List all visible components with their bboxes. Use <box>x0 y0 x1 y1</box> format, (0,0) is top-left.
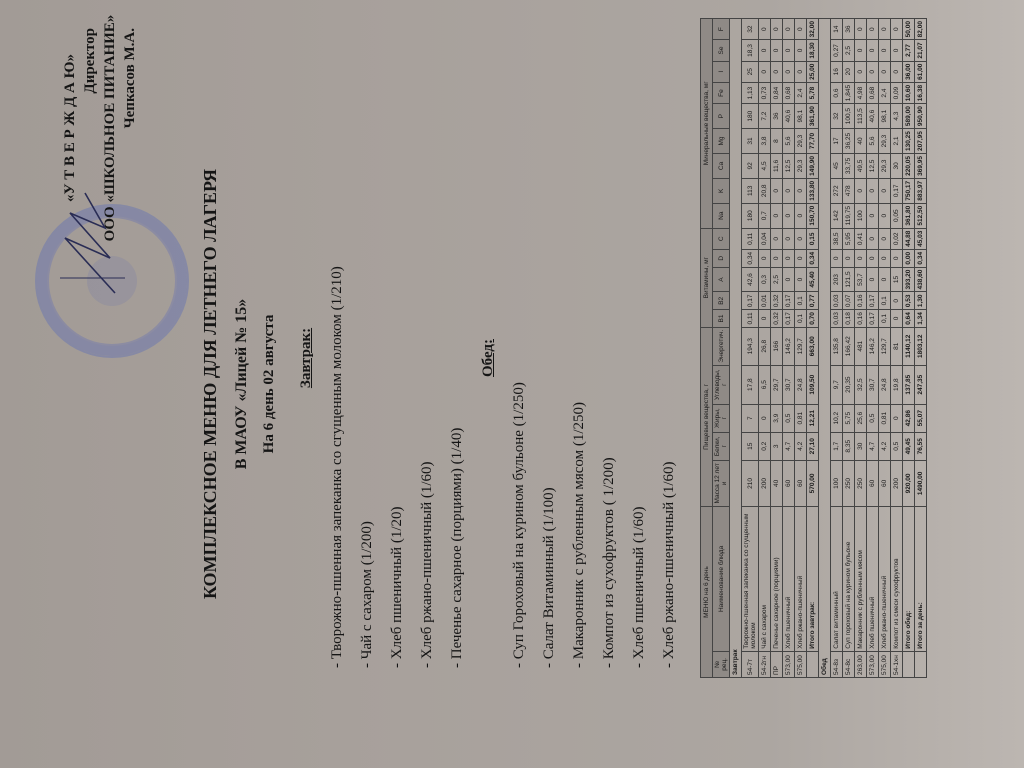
table-cell: 1803,12 <box>915 327 927 365</box>
table-cell: 32 <box>831 104 843 129</box>
lunch-item: - Хлеб пшеничный (1/60) <box>624 48 654 668</box>
table-cell: 50,00 <box>903 19 915 40</box>
table-cell: 109,50 <box>807 365 819 404</box>
table-cell: 92 <box>742 153 759 178</box>
dish-name: Компот из смеси сухофруктов <box>891 507 903 652</box>
table-cell: 18,3 <box>742 40 759 61</box>
dish-name: Хлеб ржано-пшеничный <box>795 507 807 652</box>
menu-list: Завтрак: - Творожно-пшенная запеканка со… <box>290 48 684 668</box>
lunch-heading: Обед: <box>476 48 500 668</box>
table-cell: 0 <box>879 178 891 203</box>
table-cell: 0,41 <box>855 228 867 249</box>
table-cell: 0,07 <box>843 292 855 310</box>
table-cell: 0 <box>879 249 891 267</box>
header-nutrient-col: Mg <box>713 129 730 154</box>
table-cell: 0 <box>891 404 903 432</box>
table-row: 573,00Хлеб пшеничный604,70,530,7146,20,1… <box>867 19 879 678</box>
lunch-item: - Суп Гороховый на курином бульоне (1/25… <box>504 48 534 668</box>
approval-header: «У Т В Е Р Ж Д А Ю» <box>60 8 80 248</box>
table-cell: 0 <box>771 40 783 61</box>
table-cell: 0 <box>891 40 903 61</box>
table-cell: 5,6 <box>783 129 795 154</box>
table-cell: 0,1 <box>795 310 807 328</box>
table-cell: 0 <box>771 249 783 267</box>
recipe-number: 54-8з <box>831 651 843 677</box>
table-cell: 0,03 <box>831 310 843 328</box>
table-cell: 0,27 <box>831 40 843 61</box>
table-cell: 512,50 <box>915 203 927 228</box>
table-cell: 24,8 <box>879 365 891 404</box>
table-cell: 0 <box>783 249 795 267</box>
table-cell: 150,70 <box>807 203 819 228</box>
table-cell: 369,95 <box>915 153 927 178</box>
dish-name: Печенье сахарное (порциями) <box>771 507 783 652</box>
table-cell: 0,17 <box>783 310 795 328</box>
table-cell: 0 <box>783 267 795 292</box>
table-cell: 49,45 <box>903 432 915 460</box>
table-cell: 1,34 <box>915 310 927 328</box>
header-protein: Белки, г <box>713 432 730 460</box>
recipe-number: 575,00 <box>795 651 807 677</box>
table-cell: 98,1 <box>879 104 891 129</box>
table-cell: 0 <box>771 178 783 203</box>
breakfast-item: - Печенье сахарное (порциями) (1/40) <box>442 48 472 668</box>
table-cell: 0 <box>795 178 807 203</box>
table-cell: 0 <box>795 267 807 292</box>
table-cell: 0,34 <box>915 249 927 267</box>
recipe-number: 573,00 <box>783 651 795 677</box>
table-header-row: № рец. Наименование блюда Масса 12 лет и… <box>713 19 730 678</box>
table-cell: 950,90 <box>915 104 927 129</box>
table-cell: 61,00 <box>915 61 927 82</box>
table-cell: 5,75 <box>843 404 855 432</box>
table-cell: 203 <box>831 267 843 292</box>
title-line-2: В МАОУ «Лицей № 15» <box>233 0 251 768</box>
title-line-3: На 6 день 02 августа <box>261 0 278 768</box>
table-cell: 30 <box>891 153 903 178</box>
dish-name: Хлеб пшеничный <box>783 507 795 652</box>
table-cell: 137,85 <box>903 365 915 404</box>
breakfast-item: - Чай с сахаром (1/200) <box>352 48 382 668</box>
table-cell: 40 <box>855 129 867 154</box>
table-cell: 20 <box>843 61 855 82</box>
table-cell: 15 <box>891 267 903 292</box>
table-cell: 4,5 <box>759 153 771 178</box>
table-cell: 0,64 <box>903 310 915 328</box>
dish-name: Суп гороховый на курином бульоне <box>843 507 855 652</box>
recipe-number: 54-2гн <box>759 651 771 677</box>
table-cell: 16,38 <box>915 82 927 103</box>
table-cell: 0 <box>891 19 903 40</box>
table-cell: 20,8 <box>759 178 771 203</box>
lunch-item: - Хлеб ржано-пшеничный (1/60) <box>654 48 684 668</box>
table-cell: 24,8 <box>795 365 807 404</box>
table-cell: 0 <box>783 40 795 61</box>
table-cell: 4,7 <box>783 432 795 460</box>
header-nutrient-col: P <box>713 104 730 129</box>
table-cell: 438,60 <box>915 267 927 292</box>
table-cell: 10,60 <box>903 82 915 103</box>
table-cell: 0 <box>855 61 867 82</box>
table-cell: 0,16 <box>855 292 867 310</box>
header-group-nutrients: Пищевые вещества, г <box>701 327 713 506</box>
table-cell: 0 <box>771 228 783 249</box>
table-cell: 121,5 <box>843 267 855 292</box>
table-cell: 0 <box>759 249 771 267</box>
table-cell: 119,75 <box>843 203 855 228</box>
table-cell: 250 <box>855 460 867 506</box>
table-cell: 0,17 <box>742 292 759 310</box>
table-cell: 0 <box>867 40 879 61</box>
table-cell: 82,00 <box>915 19 927 40</box>
title-line-1: КОМПЛЕКСНОЕ МЕНЮ ДЛЯ ЛЕТНЕГО ЛАГЕРЯ <box>200 0 221 768</box>
table-cell: 30,7 <box>783 365 795 404</box>
header-nutrient-col: D <box>713 249 730 267</box>
table-cell: 0 <box>867 228 879 249</box>
table-cell: 55,07 <box>915 404 927 432</box>
table-cell: 1140,12 <box>903 327 915 365</box>
table-cell: 60 <box>795 460 807 506</box>
table-cell: 0 <box>843 249 855 267</box>
table-cell: 250 <box>843 460 855 506</box>
table-cell <box>807 651 819 677</box>
table-cell: 20,35 <box>843 365 855 404</box>
table-cell: 570,00 <box>807 460 819 506</box>
table-cell: 0,34 <box>807 249 819 267</box>
table-cell: 40,6 <box>783 104 795 129</box>
header-carbs: Углеводы, г <box>713 365 730 404</box>
recipe-number: 54-1хн <box>891 651 903 677</box>
table-cell: 0 <box>855 178 867 203</box>
table-cell: 0 <box>855 40 867 61</box>
table-row: 263,00Макаронник с рубленным мясом250302… <box>855 19 867 678</box>
table-cell: 393,20 <box>903 267 915 292</box>
header-nutrient-col: Se <box>713 40 730 61</box>
table-cell: 1490,00 <box>915 460 927 506</box>
table-cell: 149,90 <box>807 153 819 178</box>
table-cell: 0 <box>879 203 891 228</box>
table-row: 54-8зСалат витаминный1001,710,29,7135,80… <box>831 19 843 678</box>
table-cell: 0,18 <box>843 310 855 328</box>
table-cell: 166,42 <box>843 327 855 365</box>
table-row: 575,00Хлеб ржано-пшеничный604,20,8124,81… <box>795 19 807 678</box>
table-cell: 0,1 <box>879 310 891 328</box>
table-cell: 40,6 <box>867 104 879 129</box>
table-cell: 4,3 <box>891 104 903 129</box>
table-cell: 29,3 <box>879 153 891 178</box>
table-cell: 18,30 <box>807 40 819 61</box>
lunch-item: - Салат Витаминный (1/100) <box>534 48 564 668</box>
table-row: 54-8сСуп гороховый на курином бульоне250… <box>843 19 855 678</box>
table-cell: 0,70 <box>807 310 819 328</box>
table-cell: 0,1 <box>879 292 891 310</box>
total-label: Итого обед: <box>903 507 915 652</box>
table-row: 54-2гнЧай с сахаром2000,206,526,800,010,… <box>759 19 771 678</box>
dish-name: Макаронник с рубленным мясом <box>855 507 867 652</box>
header-nutrient-col: A <box>713 267 730 292</box>
header-nutrient-col: Ca <box>713 153 730 178</box>
table-cell: 8 <box>771 129 783 154</box>
total-label: Итого завтрак: <box>807 507 819 652</box>
table-cell: 4,98 <box>855 82 867 103</box>
table-cell: 19,8 <box>891 365 903 404</box>
table-cell: 9,7 <box>831 365 843 404</box>
table-cell: 129,7 <box>879 327 891 365</box>
table-cell: 29,3 <box>795 129 807 154</box>
table-cell: 5,95 <box>843 228 855 249</box>
breakfast-item: - Хлеб пшеничный (1/20) <box>382 48 412 668</box>
table-cell: 38,5 <box>831 228 843 249</box>
recipe-number: ПР <box>771 651 783 677</box>
table-cell: 2,4 <box>795 82 807 103</box>
table-cell: 920,00 <box>903 460 915 506</box>
table-cell: 0,11 <box>742 310 759 328</box>
table-cell: 0 <box>771 203 783 228</box>
table-cell: 3 <box>771 432 783 460</box>
table-cell: 133,80 <box>807 178 819 203</box>
table-total-row: Итого обед:920,0049,4542,86137,851140,12… <box>903 19 915 678</box>
table-cell: 589,00 <box>903 104 915 129</box>
table-caption: МЕНЮ на 6 день <box>701 507 713 678</box>
table-cell: 30 <box>855 432 867 460</box>
table-cell: 16 <box>831 61 843 82</box>
table-cell: 3,8 <box>759 129 771 154</box>
table-cell: 0 <box>759 61 771 82</box>
table-cell: 27,10 <box>807 432 819 460</box>
table-cell: 6,5 <box>759 365 771 404</box>
recipe-number: 54-7т <box>742 651 759 677</box>
table-cell: 45,03 <box>915 228 927 249</box>
table-cell: 5,6 <box>867 129 879 154</box>
table-cell: 36,00 <box>903 61 915 82</box>
document-title: КОМПЛЕКСНОЕ МЕНЮ ДЛЯ ЛЕТНЕГО ЛАГЕРЯ В МА… <box>200 0 286 768</box>
table-cell: 0,32 <box>771 292 783 310</box>
nutrition-table-wrap: МЕНЮ на 6 день Пищевые вещества, г Витам… <box>700 18 927 678</box>
table-cell: 750,17 <box>903 178 915 203</box>
table-cell: 0,3 <box>759 267 771 292</box>
breakfast-item: - Хлеб ржано-пшеничный (1/60) <box>412 48 442 668</box>
table-cell: 220,05 <box>903 153 915 178</box>
table-cell: 29,7 <box>771 365 783 404</box>
table-cell <box>903 651 915 677</box>
table-cell: 0,81 <box>879 404 891 432</box>
approval-signer: Чепкасов М.А. <box>120 8 140 248</box>
table-cell: 4,2 <box>879 432 891 460</box>
table-row: 54-7тТворожно-пшенная запеканка со сгуще… <box>742 19 759 678</box>
table-cell: 7,2 <box>759 104 771 129</box>
table-cell: 0 <box>879 267 891 292</box>
dish-name: Чай с сахаром <box>759 507 771 652</box>
table-cell: 0,2 <box>759 432 771 460</box>
header-nutrient-col: K <box>713 178 730 203</box>
table-cell: 14 <box>831 19 843 40</box>
table-cell: 36 <box>771 104 783 129</box>
table-cell: 0,02 <box>891 228 903 249</box>
table-row: 54-1хнКомпот из смеси сухофруктов2000,50… <box>891 19 903 678</box>
recipe-number: 573,00 <box>867 651 879 677</box>
table-cell: 0 <box>891 249 903 267</box>
table-cell: 42,86 <box>903 404 915 432</box>
table-cell: 44,88 <box>903 228 915 249</box>
table-cell: 180 <box>742 104 759 129</box>
table-cell: 361,90 <box>807 104 819 129</box>
table-cell: 0 <box>783 178 795 203</box>
table-cell: 32,00 <box>807 19 819 40</box>
table-cell: 100,5 <box>843 104 855 129</box>
table-row: 575,00Хлеб ржано-пшеничный604,20,8124,81… <box>879 19 891 678</box>
table-cell: 100 <box>831 460 843 506</box>
table-cell: 30,7 <box>867 365 879 404</box>
table-cell: 0,81 <box>795 404 807 432</box>
table-cell: 0,04 <box>759 228 771 249</box>
breakfast-heading: Завтрак: <box>294 48 318 668</box>
table-cell: 0,32 <box>771 310 783 328</box>
table-row: 573,00Хлеб пшеничный604,70,530,7146,20,1… <box>783 19 795 678</box>
table-cell: 60 <box>783 460 795 506</box>
table-cell: 0 <box>759 404 771 432</box>
table-cell: 12,5 <box>783 153 795 178</box>
table-cell: 0 <box>855 249 867 267</box>
table-cell: 4,2 <box>795 432 807 460</box>
table-cell: 53,7 <box>855 267 867 292</box>
table-cell: 113 <box>742 178 759 203</box>
header-dish: Наименование блюда <box>713 507 730 652</box>
table-cell: 0,03 <box>831 292 843 310</box>
header-nutrient-col: B1 <box>713 310 730 328</box>
table-cell: 194,3 <box>742 327 759 365</box>
recipe-number: 263,00 <box>855 651 867 677</box>
table-cell: 1,30 <box>915 292 927 310</box>
table-cell: 0 <box>783 61 795 82</box>
table-cell: 1,7 <box>831 432 843 460</box>
table-cell: 135,8 <box>831 327 843 365</box>
table-cell: 0,6 <box>831 82 843 103</box>
table-cell: 0,00 <box>903 249 915 267</box>
table-cell: 0 <box>891 310 903 328</box>
header-nutrient-col: I <box>713 61 730 82</box>
table-cell: 0,77 <box>807 292 819 310</box>
table-cell: 0 <box>879 228 891 249</box>
table-cell: 883,97 <box>915 178 927 203</box>
table-cell: 29,3 <box>795 153 807 178</box>
table-cell: 4,7 <box>867 432 879 460</box>
table-cell: 1,13 <box>742 82 759 103</box>
table-cell: 60 <box>867 460 879 506</box>
table-cell: 0 <box>759 40 771 61</box>
table-cell: 0 <box>855 19 867 40</box>
table-cell: 7 <box>742 404 759 432</box>
table-cell: 25,00 <box>807 61 819 82</box>
table-cell: 0,09 <box>891 82 903 103</box>
table-cell: 0 <box>867 267 879 292</box>
table-cell: 25 <box>742 61 759 82</box>
table-cell: 0 <box>867 249 879 267</box>
table-cell: 2,1 <box>891 129 903 154</box>
table-cell: 81 <box>891 327 903 365</box>
table-cell: 0 <box>783 203 795 228</box>
table-cell: 21,07 <box>915 40 927 61</box>
table-cell: 0 <box>891 61 903 82</box>
table-cell: 0 <box>771 61 783 82</box>
dish-name: Хлеб ржано-пшеничный <box>879 507 891 652</box>
header-fat: Жиры, г <box>713 404 730 432</box>
table-row: ПРПеченье сахарное (порциями)4033,929,71… <box>771 19 783 678</box>
table-cell: 0 <box>795 40 807 61</box>
approval-block: «У Т В Е Р Ж Д А Ю» Директор ООО «ШКОЛЬН… <box>60 8 140 248</box>
header-nutrient-col: Na <box>713 203 730 228</box>
table-section-row: Обед <box>819 19 831 678</box>
table-cell: 0 <box>867 178 879 203</box>
table-cell: 0,17 <box>867 292 879 310</box>
table-cell: 2,77 <box>903 40 915 61</box>
table-cell: 0,11 <box>742 228 759 249</box>
table-cell: 0 <box>771 19 783 40</box>
table-cell: 12,5 <box>867 153 879 178</box>
table-cell: 663,00 <box>807 327 819 365</box>
table-cell: 129,7 <box>795 327 807 365</box>
table-cell: 142 <box>831 203 843 228</box>
total-label: Итого за день: <box>915 507 927 652</box>
table-cell: 32 <box>742 19 759 40</box>
table-cell: 247,35 <box>915 365 927 404</box>
table-cell: 0,01 <box>759 292 771 310</box>
table-cell: 0,5 <box>783 404 795 432</box>
header-nutrient-col: C <box>713 228 730 249</box>
approval-position: Директор <box>80 8 100 248</box>
table-cell: 0 <box>759 310 771 328</box>
table-cell: 0 <box>867 19 879 40</box>
table-cell: 0 <box>783 19 795 40</box>
table-cell: 29,3 <box>879 129 891 154</box>
table-cell: 481 <box>855 327 867 365</box>
approval-organization: ООО «ШКОЛЬНОЕ ПИТАНИЕ» <box>100 8 120 248</box>
table-cell: 33,75 <box>843 153 855 178</box>
table-cell: 0,1 <box>795 292 807 310</box>
table-cell: 207,95 <box>915 129 927 154</box>
table-body: Завтрак54-7тТворожно-пшенная запеканка с… <box>730 19 927 678</box>
table-cell: 32,5 <box>855 365 867 404</box>
table-cell: 2,5 <box>771 267 783 292</box>
header-group-minerals: Минеральные вещества, мг <box>701 19 713 229</box>
table-cell: 0,84 <box>771 82 783 103</box>
table-cell <box>915 651 927 677</box>
table-total-row: Итого за день:1490,0076,5555,07247,35180… <box>915 19 927 678</box>
table-cell: 45 <box>831 153 843 178</box>
table-cell: 200 <box>891 460 903 506</box>
table-cell: 113,5 <box>855 104 867 129</box>
table-cell: 60 <box>879 460 891 506</box>
table-cell: 17 <box>831 129 843 154</box>
table-cell: 40 <box>771 460 783 506</box>
table-cell: 17,8 <box>742 365 759 404</box>
table-cell: 0,7 <box>759 203 771 228</box>
table-total-row: Итого завтрак:570,0027,1012,21109,50663,… <box>807 19 819 678</box>
lunch-item: - Компот из сухофруктов ( 1/200) <box>594 48 624 668</box>
table-cell: 0 <box>879 40 891 61</box>
dish-name: Творожно-пшенная запеканка со сгущенным … <box>742 507 759 652</box>
table-cell: 11,6 <box>771 153 783 178</box>
table-cell: 210 <box>742 460 759 506</box>
table-cell: 0 <box>759 19 771 40</box>
table-cell: 0,73 <box>759 82 771 103</box>
table-cell: 0 <box>831 249 843 267</box>
table-cell: 3,9 <box>771 404 783 432</box>
table-cell: 25,6 <box>855 404 867 432</box>
table-section-row: Завтрак <box>730 19 742 678</box>
table-cell: 0,17 <box>867 310 879 328</box>
header-recipe: № рец. <box>713 651 730 677</box>
table-cell: 0 <box>867 203 879 228</box>
